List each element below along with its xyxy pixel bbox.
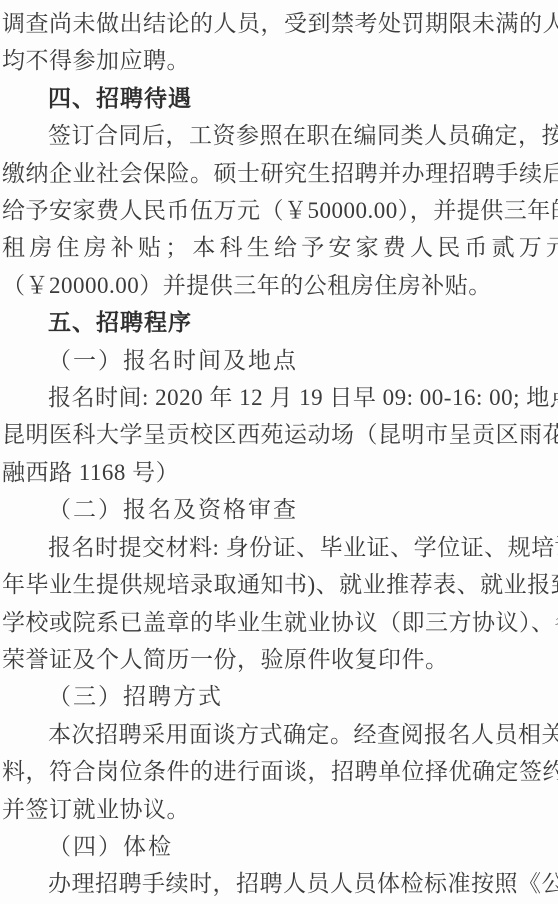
text-line: 租房住房补贴；本科生给予安家费人民币贰万元 — [0, 229, 558, 266]
document-page: 调查尚未做出结论的人员，受到禁考处罚期限未满的人员，均不得参加应聘。四、招聘待遇… — [0, 0, 558, 904]
text-line: 融西路 1168 号） — [0, 454, 558, 491]
text-line: 办理招聘手续时，招聘人员人员体检标准按照《公务员 — [0, 865, 558, 902]
text-line: 本次招聘采用面谈方式确定。经查阅报名人员相关资 — [0, 716, 558, 753]
text-line: 给予安家费人民币伍万元（￥50000.00），并提供三年的公 — [0, 192, 558, 229]
text-line: 均不得参加应聘。 — [0, 42, 558, 79]
text-line: 报名时提交材料: 身份证、毕业证、学位证、规培证(2021 — [0, 529, 558, 566]
text-line: 年毕业生提供规培录取通知书)、就业推荐表、就业报到证、 — [0, 566, 558, 603]
text-line: 调查尚未做出结论的人员，受到禁考处罚期限未满的人员， — [0, 5, 558, 42]
text-line: 荣誉证及个人简历一份，验原件收复印件。 — [0, 641, 558, 678]
text-line: （￥20000.00）并提供三年的公租房住房补贴。 — [0, 267, 558, 304]
text-line: 昆明医科大学呈贡校区西苑运动场（昆明市呈贡区雨花街春 — [0, 416, 558, 453]
section-heading: 四、招聘待遇 — [0, 80, 558, 117]
text-line: 缴纳企业社会保险。硕士研究生招聘并办理招聘手续后医院 — [0, 155, 558, 192]
section-heading: 五、招聘程序 — [0, 304, 558, 341]
sub-section-heading: （三）招聘方式 — [0, 678, 558, 715]
sub-section-heading: （一）报名时间及地点 — [0, 342, 558, 379]
text-line: 学校或院系已盖章的毕业生就业协议（即三方协议）、各种 — [0, 604, 558, 641]
text-line: 签订合同后，工资参照在职在编同类人员确定，按规定 — [0, 117, 558, 154]
document-text-block: 调查尚未做出结论的人员，受到禁考处罚期限未满的人员，均不得参加应聘。四、招聘待遇… — [0, 5, 558, 903]
text-line: 报名时间: 2020 年 12 月 19 日早 09: 00-16: 00; 地… — [0, 379, 558, 416]
text-line: 并签订就业协议。 — [0, 791, 558, 828]
text-line: 料，符合岗位条件的进行面谈，招聘单位择优确定签约对象 — [0, 753, 558, 790]
sub-section-heading: （四）体检 — [0, 828, 558, 865]
sub-section-heading: （二）报名及资格审查 — [0, 491, 558, 528]
